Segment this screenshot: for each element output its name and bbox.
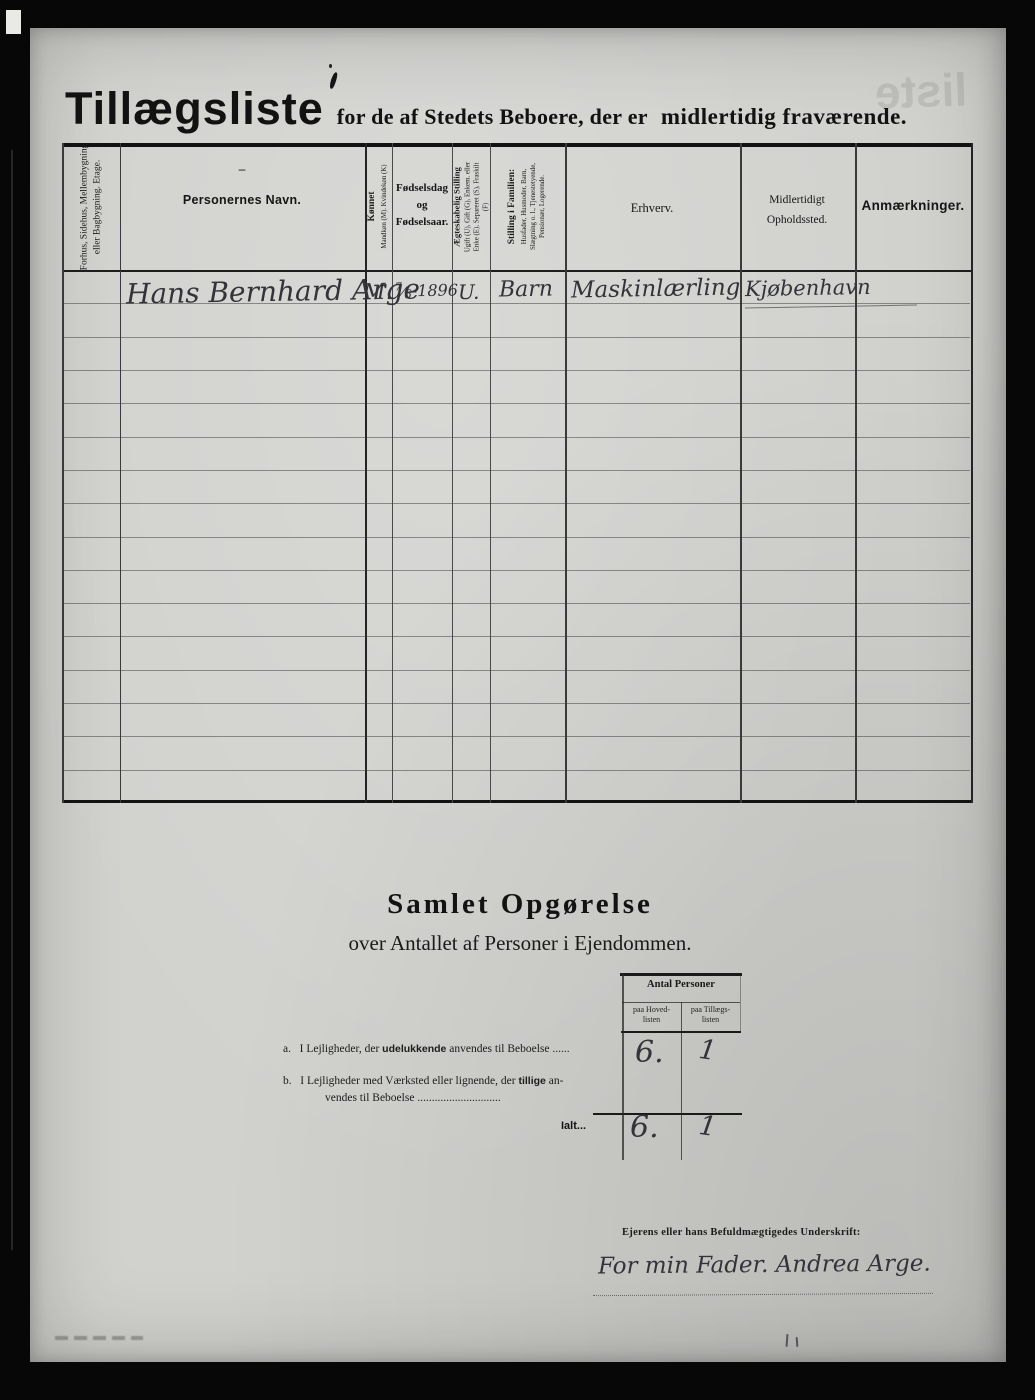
entry-family: Barn — [499, 277, 553, 303]
title-tail-bold: midlertidig fraværende. — [661, 104, 907, 130]
summary-subtitle: over Antallet af Personer i Ejendommen. — [230, 931, 810, 956]
total-hovedlisten-value: 6. — [630, 1110, 659, 1145]
row-a-hovedlisten-value: 6. — [635, 1035, 664, 1070]
signature-rule — [593, 1293, 933, 1296]
header-marital-sub: Ugift (U), Gift (G), Enkem. eller Enke (… — [464, 159, 491, 255]
table-row-line — [63, 670, 970, 671]
summary-col-b-header: paa Tillægs- listen — [681, 1005, 740, 1026]
header-birth-line1: Fødselsdag — [396, 180, 448, 197]
summary-col-a-line1: paa Hoved- — [622, 1005, 681, 1015]
row-a-text1: I Lejligheder, der — [300, 1043, 383, 1055]
table-column-line — [971, 143, 973, 803]
pen-mark — [786, 1334, 789, 1347]
header-stay: Midlertidigt Opholdssted. — [767, 191, 827, 230]
row-a-dots: ...... — [550, 1043, 570, 1055]
header-family-sub: Husfader, Husmoder, Barn, Slægtning o. l… — [521, 155, 548, 259]
signature-label: Ejerens eller hans Befuldmægtigedes Unde… — [622, 1227, 861, 1238]
entry-occupation: Maskinlærling — [571, 275, 741, 304]
header-building-label: Forhus, Sidehus, Mellembygning eller Bag… — [78, 143, 105, 270]
page-title: Tillægsliste for de af Stedets Beboere, … — [65, 83, 907, 135]
header-family-title: Stilling i Familien: — [507, 169, 519, 244]
main-table: Forhus, Sidehus, Mellembygning eller Bag… — [62, 143, 972, 803]
table-row-line — [63, 303, 970, 304]
film-edge-artifact — [6, 10, 21, 34]
table-row-line — [63, 736, 970, 737]
summary-left-border — [622, 973, 624, 1160]
summary-col-header: Antal Personer — [622, 979, 740, 990]
table-row-line — [63, 603, 970, 604]
header-birth: Fødselsdag og Fødselsaar. — [396, 180, 448, 231]
row-a-bold: udelukkende — [382, 1043, 446, 1055]
row-b-prefix: b. — [283, 1075, 292, 1087]
header-sex-title: Kønnet — [367, 191, 379, 221]
table-row-line — [63, 403, 970, 404]
header-sex: Kønnet Mandkøn (M). Kvindekøn (K) — [365, 143, 392, 270]
summary-total-label: Ialt... — [561, 1120, 586, 1132]
total-tillaegslisten-value: 1 — [697, 1110, 718, 1143]
printer-imprint — [55, 1336, 143, 1340]
table-row-line — [63, 570, 970, 571]
header-stay-line2: Opholdssted. — [767, 211, 827, 231]
row-b-text1: I Lejligheder med Værksted eller lignend… — [300, 1075, 518, 1087]
header-sex-sub: Mandkøn (M). Kvindekøn (K) — [381, 164, 390, 248]
table-row-line — [63, 437, 970, 438]
summary-box-top — [620, 973, 742, 976]
scan-frame: liste Tillægsliste for de af Stedets Beb… — [0, 0, 1035, 1400]
entry-birthdate: 7⁄6-1896 — [395, 279, 458, 301]
header-remarks: Anmærkninger. — [862, 198, 965, 213]
summary-total-rule — [593, 1113, 742, 1115]
table-row-line — [63, 370, 970, 371]
table-bottom-border — [62, 800, 972, 804]
header-marital: Ægteskabelig Stilling Ugift (U), Gift (G… — [452, 143, 490, 270]
table-row-line — [63, 537, 970, 538]
summary-col-b-line2: listen — [681, 1015, 740, 1025]
summary-col-b-line1: paa Tillægs- — [681, 1005, 740, 1015]
header-building: Forhus, Sidehus, Mellembygning eller Bag… — [62, 143, 120, 270]
table-row-line — [63, 503, 970, 504]
header-birth-line2: og — [396, 197, 448, 214]
table-row-line — [63, 337, 970, 338]
summary-row-b: b. I Lejligheder med Værksted eller lign… — [283, 1075, 563, 1087]
header-birth-line3: Fødselsaar. — [396, 214, 448, 231]
entry-stay-flourish — [745, 304, 917, 308]
summary-title: Samlet Opgørelse — [230, 888, 810, 921]
table-row-line — [63, 470, 970, 471]
film-streak — [11, 150, 13, 1250]
summary-right-border — [740, 973, 741, 1033]
entry-birth-year: -1896 — [412, 280, 458, 300]
table-row-line — [63, 703, 970, 704]
header-occupation: Erhverv. — [631, 201, 674, 216]
title-tail-regular: for de af Stedets Beboere, der er — [337, 104, 648, 130]
document-page: liste Tillægsliste for de af Stedets Beb… — [30, 28, 1006, 1362]
summary-col-a-header: paa Hoved- listen — [622, 1005, 681, 1026]
table-row-line — [63, 770, 970, 771]
entry-stay: Kjøbenhavn — [745, 275, 871, 301]
table-header-rule — [62, 270, 972, 272]
summary-col-a-line2: listen — [622, 1015, 681, 1025]
ink-speck — [329, 64, 332, 68]
header-marital-title: Ægteskabelig Stilling — [451, 167, 462, 247]
row-b-line2-dots: ............................. — [414, 1092, 500, 1104]
header-name: Personernes Navn. — [183, 193, 301, 207]
signature-handwriting: For min Fader. Andrea Arge. — [598, 1251, 931, 1280]
row-a-prefix: a. — [283, 1043, 291, 1055]
row-b-bold: tillige — [518, 1075, 545, 1087]
row-a-text2: anvendes til Beboelse — [446, 1043, 549, 1055]
pen-mark — [796, 1337, 799, 1347]
row-b-line2-text: vendes til Beboelse — [325, 1092, 414, 1104]
row-a-tillaegslisten-value: 1 — [697, 1034, 718, 1067]
entry-marital: U. — [458, 280, 480, 304]
table-row-line — [63, 636, 970, 637]
header-stay-line1: Midlertidigt — [767, 191, 827, 211]
header-name-dash: – — [239, 161, 246, 177]
total-dots: ... — [577, 1120, 586, 1132]
summary-row-b-line2: vendes til Beboelse ....................… — [325, 1092, 501, 1104]
total-label: Ialt — [561, 1120, 577, 1132]
header-family: Stilling i Familien: Husfader, Husmoder,… — [490, 143, 565, 270]
row-b-text2: an- — [546, 1075, 564, 1087]
title-main: Tillægsliste — [65, 83, 324, 135]
summary-row-a: a. I Lejligheder, der udelukkende anvend… — [283, 1043, 570, 1055]
entry-sex: M. — [363, 280, 393, 306]
